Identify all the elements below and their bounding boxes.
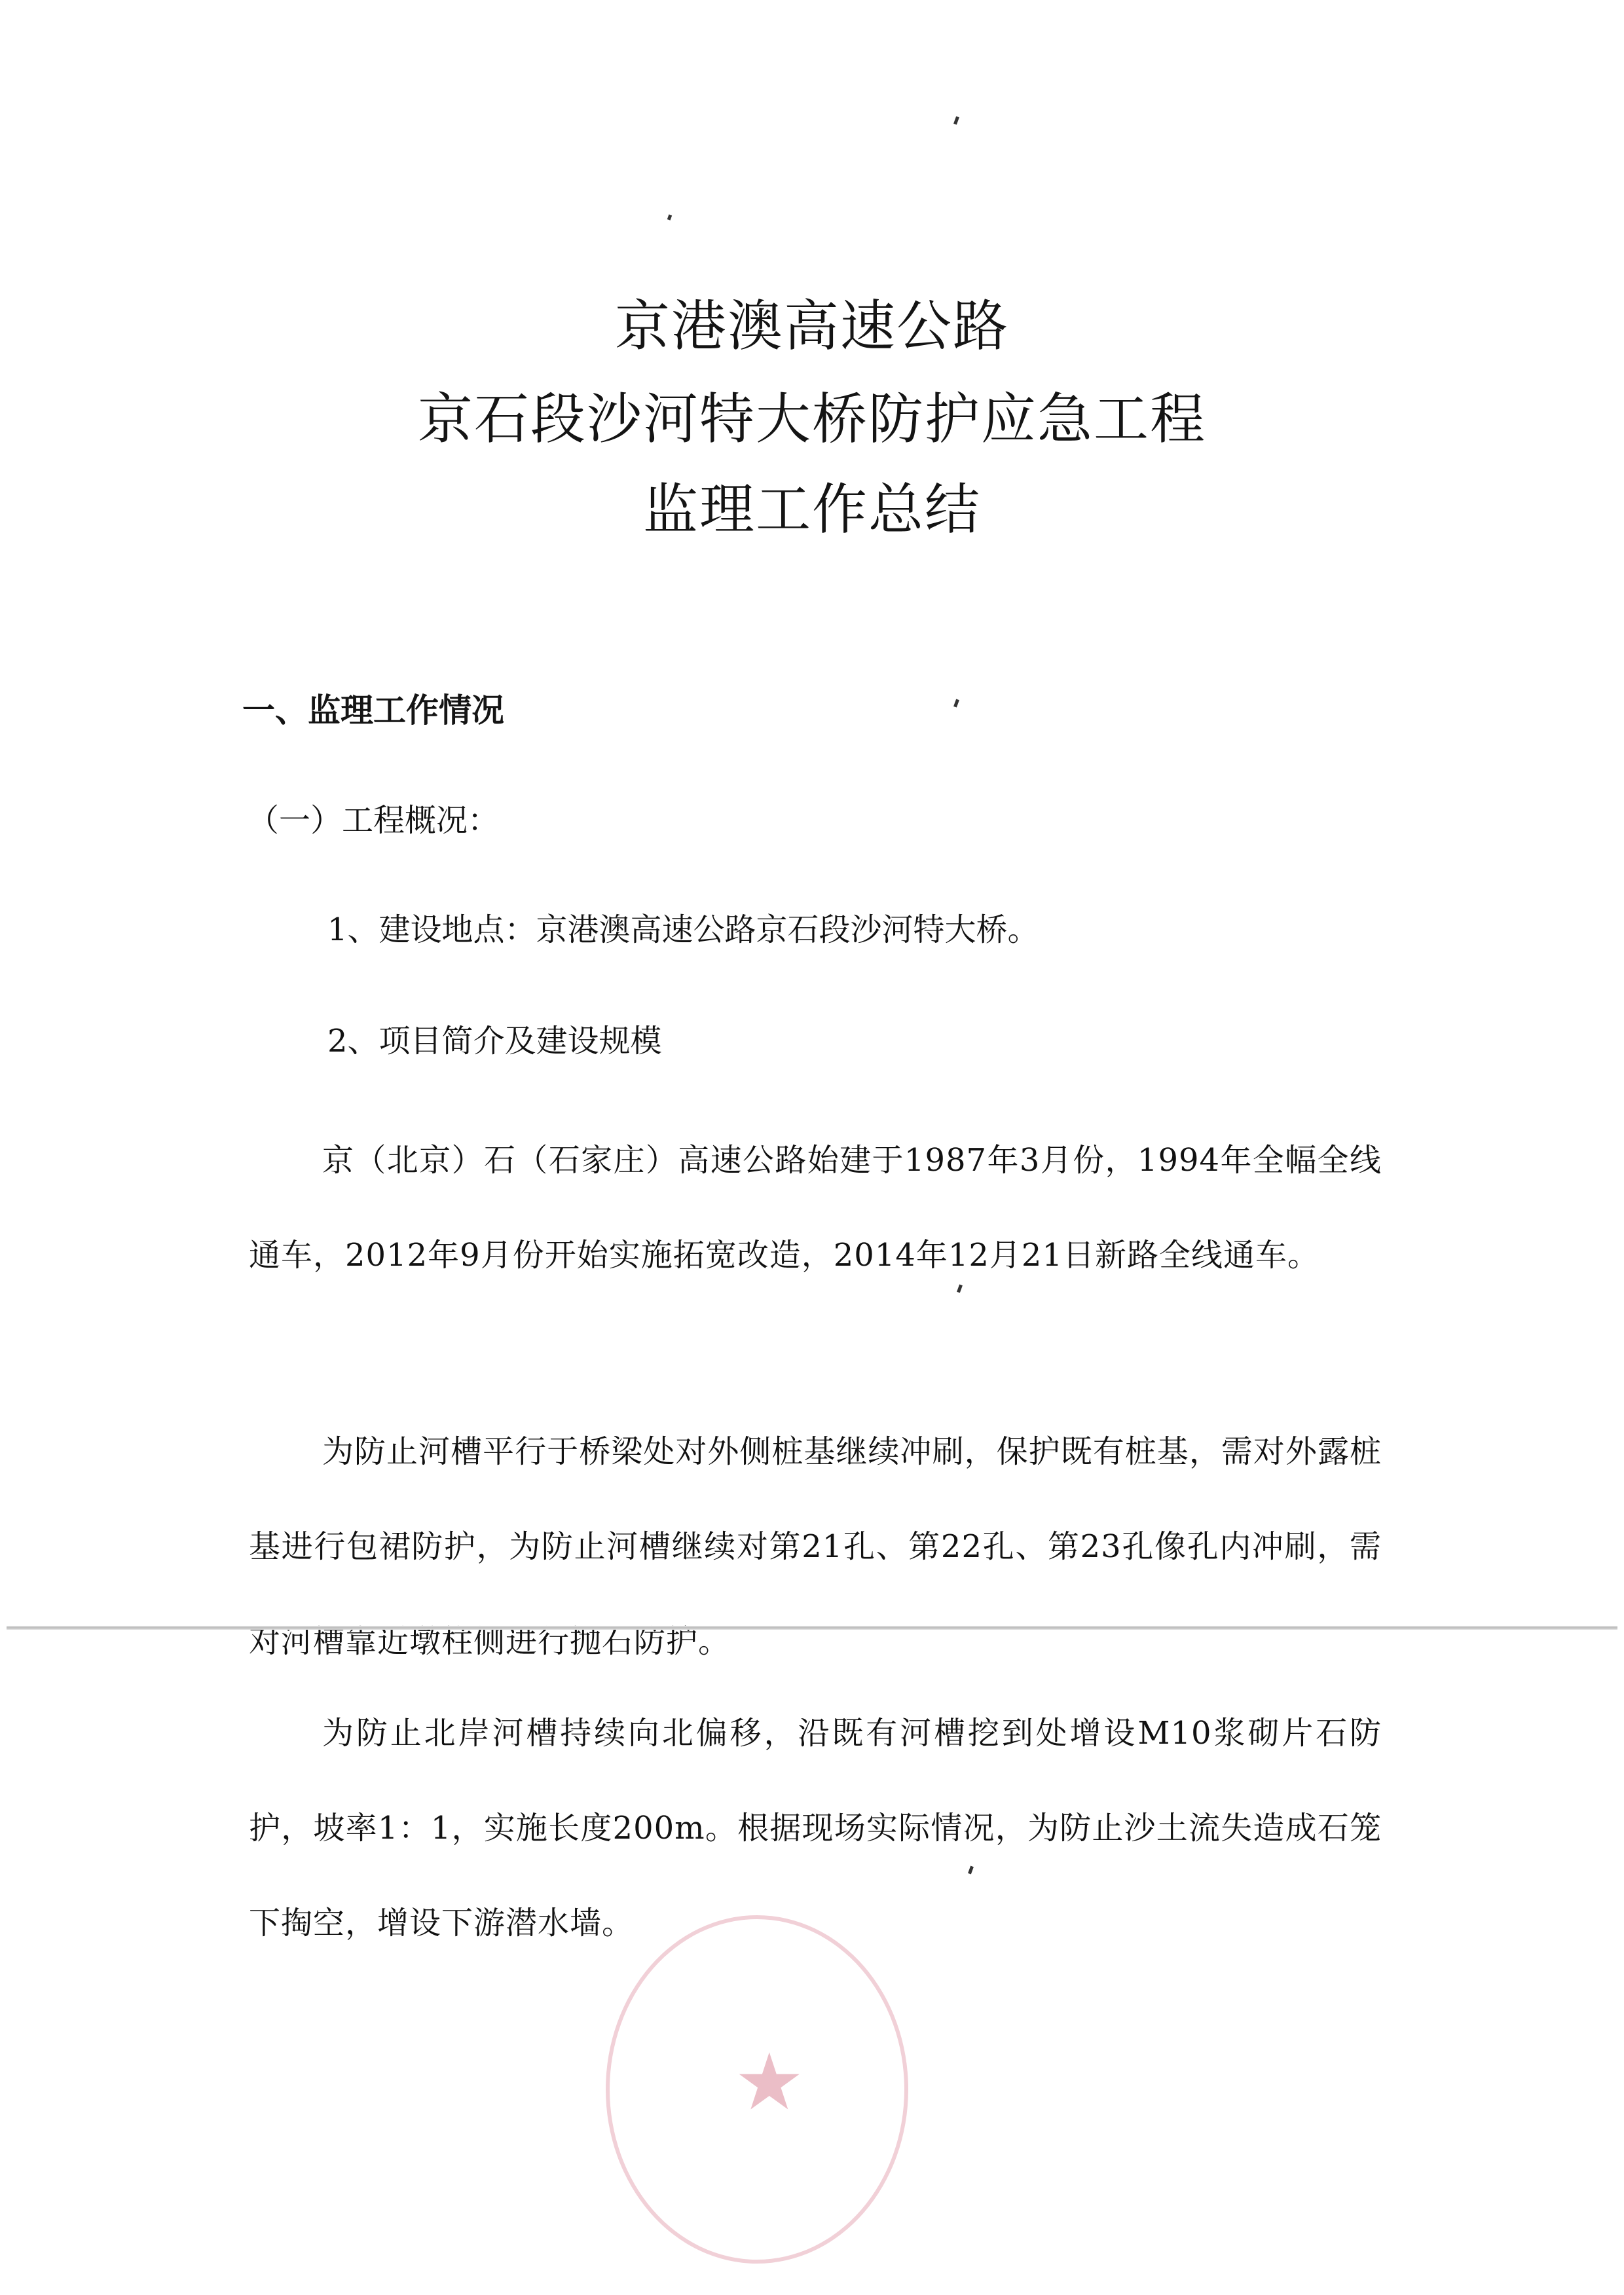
- document-title-line-1: 京港澳高速公路: [0, 293, 1624, 359]
- paragraph-pile-protection: 为防止河槽平行于桥梁处对外侧桩基继续冲刷，保护既有桩基，需对外露桩基进行包裙防护…: [249, 1405, 1382, 1689]
- list-item-project-scale: 2、项目简介及建设规模: [327, 1018, 662, 1064]
- scan-speck: [953, 117, 959, 125]
- list-item-location: 1、建设地点：京港澳高速公路京石段沙河特大桥。: [327, 907, 1039, 953]
- subsection-heading: （一）工程概况：: [248, 798, 499, 843]
- document-title-line-2: 京石段沙河特大桥防护应急工程: [0, 386, 1624, 452]
- section-heading: 一、监理工作情况: [242, 688, 504, 733]
- official-seal: ★: [606, 1915, 908, 2264]
- star-icon: ★: [734, 2044, 805, 2122]
- document-title-line-3: 监理工作总结: [0, 477, 1624, 542]
- scan-artifact-line: [7, 1626, 1617, 1630]
- scan-speck: [667, 214, 672, 220]
- paragraph-history: 京（北京）石（石家庄）高速公路始建于1987年3月份，1994年全幅全线通车，2…: [249, 1113, 1382, 1303]
- scan-speck: [953, 699, 959, 708]
